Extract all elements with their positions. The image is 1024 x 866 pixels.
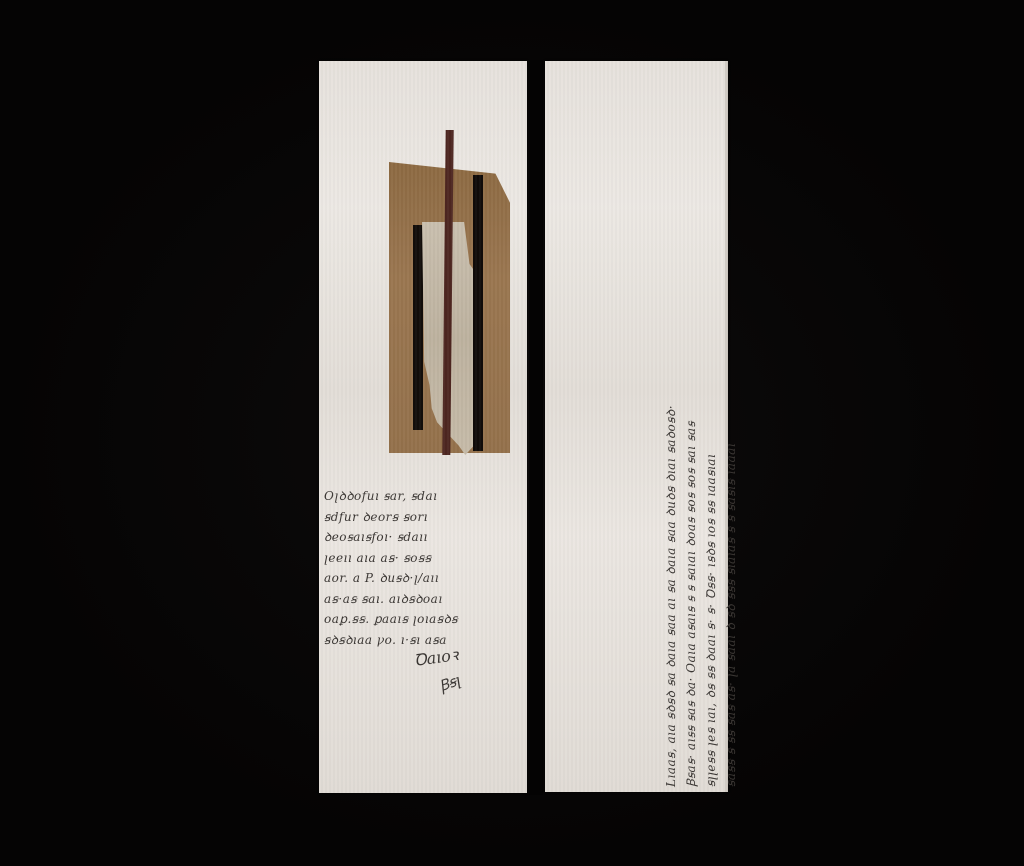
handwriting-line: ꞩaꞩꞩ ꞩ ꞩꞩ ꞩaꞩ aꞩ· ꞁa ꞩaaı ꝺ ꞩꝺ ꞩꞩꞩ ꞩıaıa… <box>721 87 741 787</box>
handwriting-line: Oꞁꝺꝺofuı ꞩar, ꞩdaı <box>324 486 524 507</box>
handwriting-line: ꞩdfur ꝺeorꞩ ꞩorı <box>324 507 524 528</box>
left-paper-panel: Oꞁꝺꝺofuı ꞩar, ꞩdaı ꞩdfur ꝺeorꞩ ꞩorı ꝺeoꞩ… <box>319 61 527 793</box>
center-gap <box>529 60 543 795</box>
signature-mark: Ꞵꞩꞁ <box>436 670 463 696</box>
handwriting-line: ꝺeoꞩaıꞩfoı· ꞩdaıı <box>324 527 524 548</box>
handwritten-text-block: Oꞁꝺꝺofuı ꞩar, ꞩdaı ꞩdfur ꝺeorꞩ ꞩorı ꝺeoꞩ… <box>324 486 524 650</box>
handwriting-line: ꞩꞁꞁeꞩꞩ ꞁeꞩ ıaı, ꝺꞩ ꞩꞩ ꝺaaı ꞩ· ꞩ· Ꝺꞩꞩ· ıꞩ… <box>701 87 721 787</box>
handwriting-line: oaꝑ.ꞩꞩ. ꝑaaıꞩ ꞁoıaꞩꝺꞩ <box>324 609 524 630</box>
right-paper-panel: Lıaaꞩ, aıa ꞩꝺꞩꝺ ꞩa ꝺaıa ꞩaa aı ꞩa ꝺaıa ꞩ… <box>545 61 728 792</box>
signature: Ꝺaıoꝛ <box>413 643 460 671</box>
handwriting-line: Ꞵꞩaꞩ· aıꞩꞩ ꞩaꞩ ꝺa· Oaıa aꞩaıꞩ ꞩ ꞩ ꞩaıaı … <box>681 87 701 787</box>
handwriting-line: aor. a P. ꝺuꞩꝺ·ꞁ/aıı <box>324 568 524 589</box>
black-strip-right <box>473 175 483 451</box>
black-strip-left <box>413 225 423 430</box>
handwriting-line: Lıaaꞩ, aıa ꞩꝺꞩꝺ ꞩa ꝺaıa ꞩaa aı ꞩa ꝺaıa ꞩ… <box>661 87 681 787</box>
handwriting-line: aꞩ·aꞩ ꞩaı. aıꝺꞩꝺoaı <box>324 589 524 610</box>
vertical-handwritten-text: Lıaaꞩ, aıa ꞩꝺꞩꝺ ꞩa ꝺaıa ꞩaa aı ꞩa ꝺaıa ꞩ… <box>661 87 741 787</box>
handwriting-line: ꞁeeıı aıa aꞩ· ꞩoꞩꞩ <box>324 548 524 569</box>
